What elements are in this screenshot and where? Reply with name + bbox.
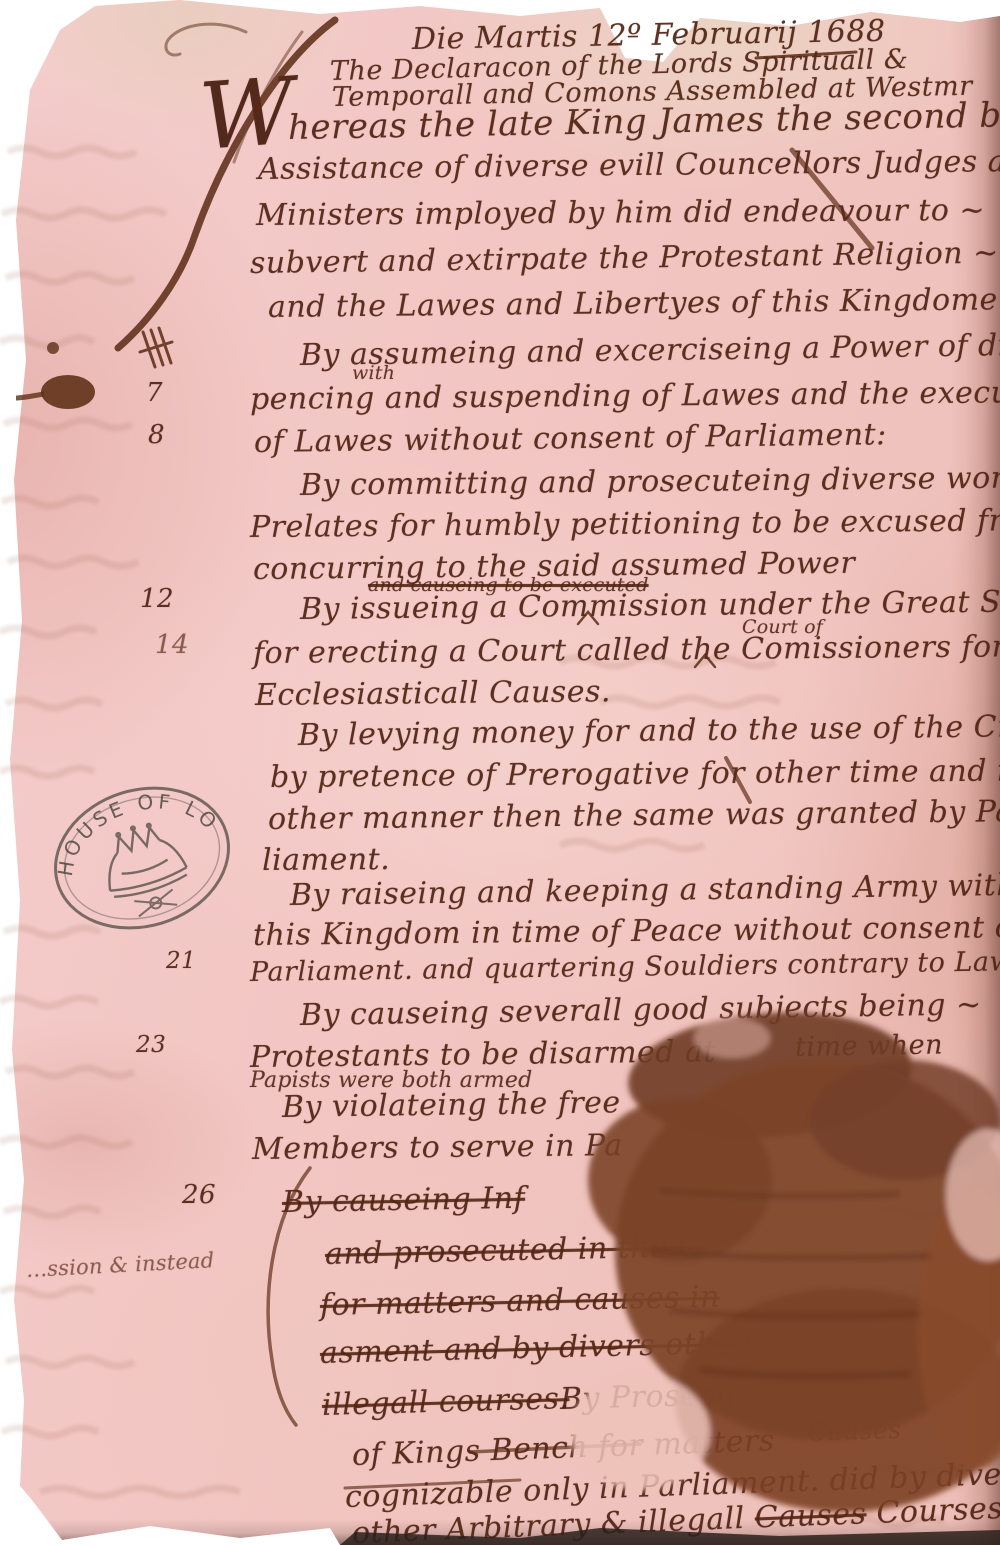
caret-mark-2 — [695, 655, 715, 667]
marginal-brace — [268, 1168, 310, 1425]
strike-over-cognizable — [345, 1480, 520, 1488]
ink-blot — [570, 1003, 1000, 1512]
corner-squiggle — [166, 24, 246, 55]
ink-drop — [16, 342, 95, 409]
underline-1688 — [756, 52, 856, 58]
small-pen-slash — [726, 758, 750, 802]
pen-flourish — [118, 20, 335, 348]
hatch-strike-mark — [140, 328, 172, 367]
manuscript-page: HOUSE OF LORDS Die Martis 12º Februarij … — [0, 0, 1000, 1545]
bottom-edge-shadow — [340, 1528, 1000, 1545]
diagonal-pen-slash — [792, 150, 872, 248]
ink-marks-layer — [0, 0, 1000, 1545]
caret-mark-1 — [578, 612, 598, 624]
